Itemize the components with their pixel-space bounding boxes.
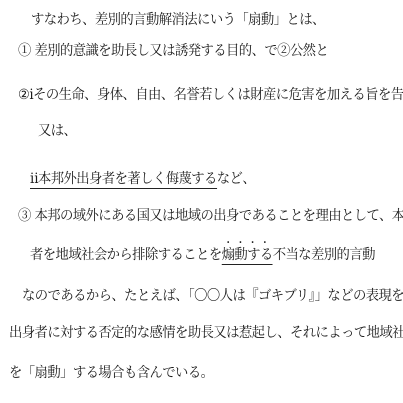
text-line-5: ⅱ本邦外出身者を著しく侮蔑するなど、 [30,170,255,188]
text-line-4: 又は、 [38,122,76,140]
text-line-6: ③ 本邦の域外にある国又は地域の出身であることを理由として、本邦外出身 [18,207,403,225]
text-line-7: 者を地域社会から排除することを煽動する不当な差別的言動 [30,246,375,264]
text-line-1: すなわち、差別的言動解消法にいう「扇動」とは、 [31,11,325,29]
emphasized-phrase: 煽動する [222,247,273,265]
line-before: 者を地域社会から排除することを [30,247,222,263]
underlined-phrase: ⅱ本邦外出身者を著しく侮蔑する [30,171,217,189]
text-line-9: 出身者に対する否定的な感情を助長又は惹起し、それによって地域社会からの排除 [9,324,403,342]
text-line-8: なのであるから、たとえば、「〇〇人は『ゴキブリ』」などの表現を用いて本邦外 [22,287,403,305]
line-rest: など、 [217,171,255,187]
text-line-2: ① 差別的意識を助長し又は誘発する目的、で②公然と [18,42,328,60]
text-line-3: ②ⅰその生命、身体、自由、名誉若しくは財産に危害を加える旨を告知し [18,86,403,104]
line-rest: 不当な差別的言動 [273,247,375,263]
text-line-10: を「扇動」する場合も含んでいる。 [9,364,213,382]
